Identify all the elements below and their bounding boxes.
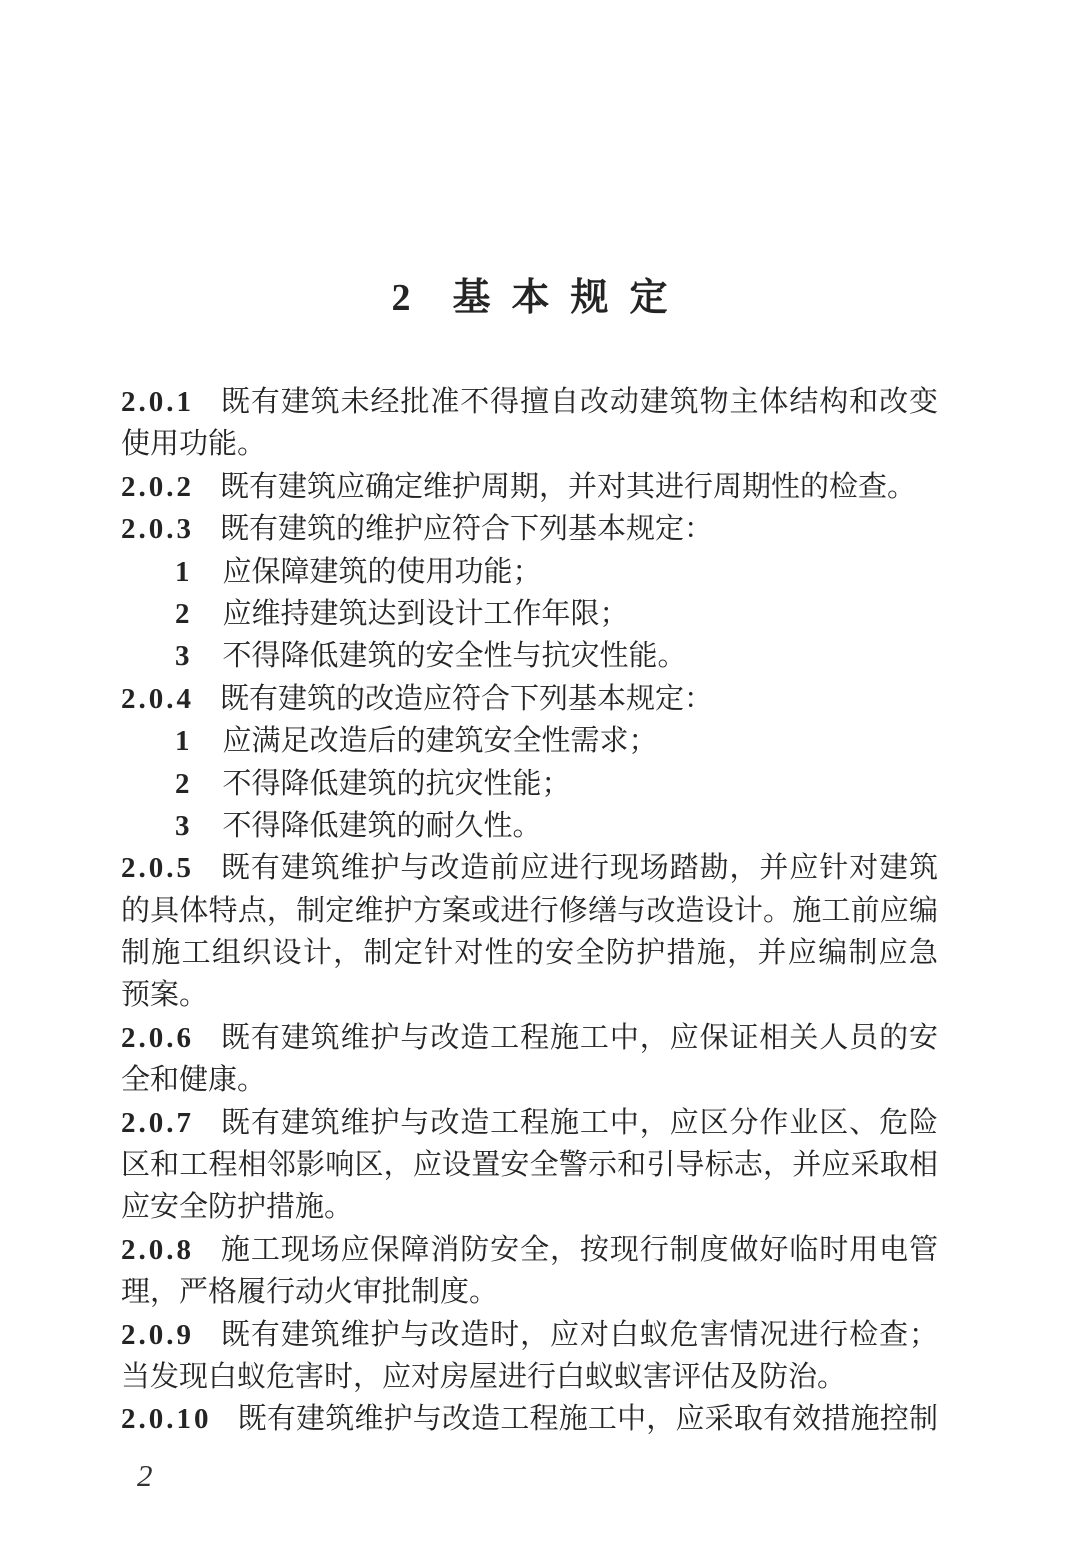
line-text: 当发现白蚁危害时，应对房屋进行白蚁蚁害评估及防治。 bbox=[121, 1361, 846, 1393]
clause-number: 2.0.6 bbox=[121, 1022, 194, 1054]
continuation-line: 当发现白蚁危害时，应对房屋进行白蚁蚁害评估及防治。 bbox=[121, 1356, 938, 1398]
continuation-line: 应安全防护措施。 bbox=[121, 1186, 938, 1228]
clause-number: 2.0.9 bbox=[121, 1319, 194, 1351]
line-text: 不得降低建筑的安全性与抗灾性能。 bbox=[223, 640, 687, 672]
clause-line: 2.0.4既有建筑的改造应符合下列基本规定： bbox=[121, 678, 938, 720]
clause-line: 2.0.3既有建筑的维护应符合下列基本规定： bbox=[121, 508, 938, 550]
chapter-title: 2基本规定 bbox=[0, 266, 1080, 321]
clause-line: 2.0.2既有建筑应确定维护周期，并对其进行周期性的检查。 bbox=[121, 466, 938, 508]
sub-item-number: 1 bbox=[175, 725, 190, 757]
clause-line: 2.0.7既有建筑维护与改造工程施工中，应区分作业区、危险 bbox=[121, 1102, 938, 1144]
line-text: 预案。 bbox=[121, 979, 208, 1011]
continuation-line: 区和工程相邻影响区，应设置安全警示和引导标志，并应采取相 bbox=[121, 1144, 938, 1186]
clause-line: 2.0.1既有建筑未经批准不得擅自改动建筑物主体结构和改变 bbox=[121, 381, 938, 423]
line-text: 既有建筑应确定维护周期，并对其进行周期性的检查。 bbox=[220, 471, 916, 503]
line-text: 制施工组织设计，制定针对性的安全防护措施，并应编制应急 bbox=[121, 937, 938, 969]
line-text: 应维持建筑达到设计工作年限； bbox=[223, 598, 629, 630]
sub-item-number: 2 bbox=[175, 768, 190, 800]
clause-number: 2.0.2 bbox=[121, 471, 194, 503]
sub-item-line: 1应保障建筑的使用功能； bbox=[121, 551, 938, 593]
line-text: 施工现场应保障消防安全，按现行制度做好临时用电管 bbox=[220, 1234, 938, 1266]
line-text: 既有建筑维护与改造工程施工中，应采取有效措施控制 bbox=[238, 1403, 939, 1435]
sub-item-number: 3 bbox=[175, 810, 190, 842]
line-text: 使用功能。 bbox=[121, 428, 266, 460]
chapter-title-text: 基本规定 bbox=[452, 277, 688, 319]
clause-line: 2.0.10既有建筑维护与改造工程施工中，应采取有效措施控制 bbox=[121, 1398, 938, 1440]
sub-item-line: 1应满足改造后的建筑安全性需求； bbox=[121, 720, 938, 762]
continuation-line: 预案。 bbox=[121, 974, 938, 1016]
sub-item-line: 3不得降低建筑的安全性与抗灾性能。 bbox=[121, 635, 938, 677]
page-number: 2 bbox=[137, 1458, 153, 1494]
continuation-line: 制施工组织设计，制定针对性的安全防护措施，并应编制应急 bbox=[121, 932, 938, 974]
line-text: 既有建筑维护与改造工程施工中，应保证相关人员的安 bbox=[220, 1022, 938, 1054]
continuation-line: 使用功能。 bbox=[121, 423, 938, 465]
line-text: 既有建筑的维护应符合下列基本规定： bbox=[220, 513, 713, 545]
sub-item-line: 2不得降低建筑的抗灾性能； bbox=[121, 763, 938, 805]
continuation-line: 全和健康。 bbox=[121, 1059, 938, 1101]
sub-item-number: 2 bbox=[175, 598, 190, 630]
document-page: 2基本规定 2.0.1既有建筑未经批准不得擅自改动建筑物主体结构和改变使用功能。… bbox=[0, 0, 1080, 1563]
sub-item-number: 1 bbox=[175, 556, 190, 588]
clause-number: 2.0.1 bbox=[121, 386, 194, 418]
clause-number: 2.0.5 bbox=[121, 852, 194, 884]
line-text: 区和工程相邻影响区，应设置安全警示和引导标志，并应采取相 bbox=[121, 1149, 938, 1181]
clause-number: 2.0.4 bbox=[121, 683, 194, 715]
clause-number: 2.0.7 bbox=[121, 1107, 194, 1139]
clause-number: 2.0.3 bbox=[121, 513, 194, 545]
line-text: 的具体特点，制定维护方案或进行修缮与改造设计。施工前应编 bbox=[121, 895, 938, 927]
line-text: 应保障建筑的使用功能； bbox=[223, 556, 542, 588]
clause-line: 2.0.6既有建筑维护与改造工程施工中，应保证相关人员的安 bbox=[121, 1017, 938, 1059]
line-text: 不得降低建筑的耐久性。 bbox=[223, 810, 542, 842]
continuation-line: 理，严格履行动火审批制度。 bbox=[121, 1271, 938, 1313]
chapter-number: 2 bbox=[391, 277, 410, 319]
line-text: 应安全防护措施。 bbox=[121, 1191, 353, 1223]
continuation-line: 的具体特点，制定维护方案或进行修缮与改造设计。施工前应编 bbox=[121, 890, 938, 932]
line-text: 既有建筑维护与改造前应进行现场踏勘，并应针对建筑 bbox=[220, 852, 938, 884]
clause-line: 2.0.8施工现场应保障消防安全，按现行制度做好临时用电管 bbox=[121, 1229, 938, 1271]
sub-item-number: 3 bbox=[175, 640, 190, 672]
sub-item-line: 3不得降低建筑的耐久性。 bbox=[121, 805, 938, 847]
line-text: 既有建筑维护与改造时，应对白蚁危害情况进行检查； bbox=[220, 1319, 938, 1351]
line-text: 应满足改造后的建筑安全性需求； bbox=[223, 725, 658, 757]
line-text: 不得降低建筑的抗灾性能； bbox=[223, 768, 571, 800]
line-text: 全和健康。 bbox=[121, 1064, 266, 1096]
clause-line: 2.0.5既有建筑维护与改造前应进行现场踏勘，并应针对建筑 bbox=[121, 847, 938, 889]
clause-number: 2.0.10 bbox=[121, 1403, 212, 1435]
line-text: 既有建筑的改造应符合下列基本规定： bbox=[220, 683, 713, 715]
sub-item-line: 2应维持建筑达到设计工作年限； bbox=[121, 593, 938, 635]
line-text: 理，严格履行动火审批制度。 bbox=[121, 1276, 498, 1308]
clause-number: 2.0.8 bbox=[121, 1234, 194, 1266]
clause-list: 2.0.1既有建筑未经批准不得擅自改动建筑物主体结构和改变使用功能。2.0.2既… bbox=[121, 381, 938, 1441]
line-text: 既有建筑维护与改造工程施工中，应区分作业区、危险 bbox=[220, 1107, 938, 1139]
line-text: 既有建筑未经批准不得擅自改动建筑物主体结构和改变 bbox=[220, 386, 938, 418]
clause-line: 2.0.9既有建筑维护与改造时，应对白蚁危害情况进行检查； bbox=[121, 1314, 938, 1356]
